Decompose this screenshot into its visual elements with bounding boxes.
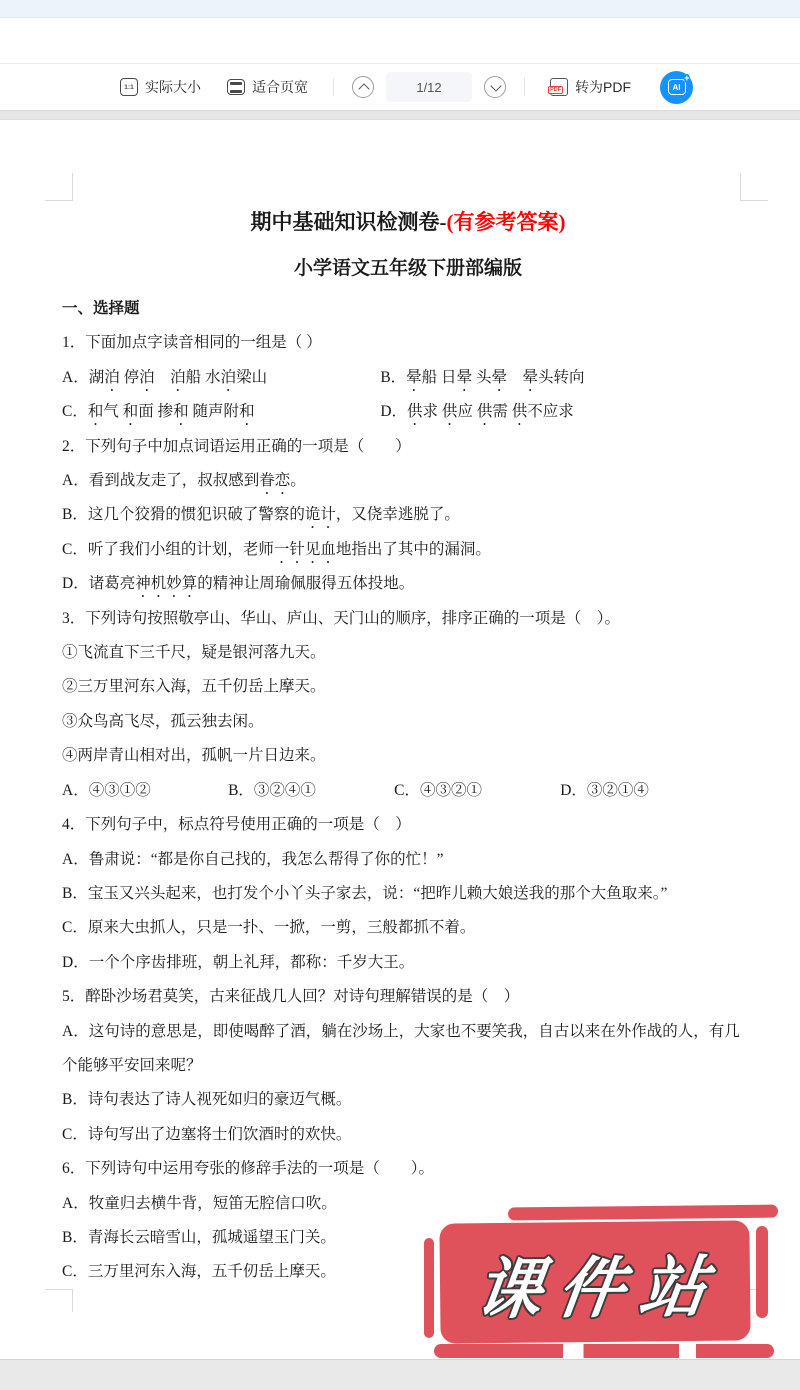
- doc-line: ④两岸青山相对出，孤帆一片日边来。: [62, 739, 754, 773]
- ai-assistant-button[interactable]: AI +: [660, 71, 693, 104]
- doc-line: 3．下列诗句按照敬亭山、华山、庐山、天门山的顺序，排序正确的一项是（ ）。: [62, 602, 754, 636]
- doc-text-segment: 泊: [139, 369, 155, 386]
- ai-icon-label: AI: [673, 83, 681, 92]
- doc-line: A．鲁肃说：“都是你自己找的，我怎么帮得了你的忙！”: [62, 843, 754, 877]
- crop-mark-bottom-left: [45, 1289, 73, 1312]
- doc-text-segment: 泊: [104, 369, 120, 386]
- doc-text-segment: C．: [62, 403, 88, 420]
- stamp-frame-left: [424, 1238, 434, 1338]
- answer-option: B．③②④①: [228, 774, 394, 808]
- doc-text-segment: 期中基础知识检测卷-: [251, 210, 447, 234]
- doc-line: 6．下列诗句中运用夸张的修辞手法的一项是（ ）。: [62, 1152, 754, 1186]
- doc-text-segment: 供: [407, 403, 423, 420]
- page-subtitle: 小学语文五年级下册部编版: [62, 254, 754, 284]
- doc-text-segment: 晕: [406, 369, 422, 386]
- doc-text-segment: 面 掺: [138, 403, 173, 420]
- doc-text-segment: C．听了我们小组的计划，老师: [62, 541, 274, 558]
- answer-option: C．④③②①: [394, 774, 560, 808]
- doc-text-segment: 泊: [221, 369, 237, 386]
- viewer-toolbar: 1:1 实际大小 适合页宽 1/12 PDF 转为PDF AI +: [0, 64, 800, 111]
- doc-text-segment: D．诸葛亮: [62, 575, 135, 592]
- doc-text-segment: 需: [492, 403, 511, 420]
- doc-text-segment: 随声附: [189, 403, 239, 420]
- convert-pdf-button[interactable]: PDF 转为PDF: [550, 77, 631, 97]
- doc-line: A．这句诗的意思是，即使喝醉了酒，躺在沙场上，大家也不要笑我，自古以来在外作战的…: [62, 1015, 754, 1084]
- doc-line: D．一个个序齿排班，朝上礼拜，都称：千岁大王。: [62, 946, 754, 980]
- doc-text-segment: B．: [380, 369, 406, 386]
- doc-column: D．供求 供应 供需 供不应求: [380, 395, 573, 429]
- watermark-stamp: 课件站: [424, 1206, 780, 1358]
- plus-icon: +: [684, 74, 689, 83]
- doc-line: B．诗句表达了诗人视死如归的豪迈气概。: [62, 1083, 754, 1117]
- doc-text-segment: 应: [457, 403, 476, 420]
- doc-line: C．原来大虫抓人，只是一扑、一掀，一剪，三般都抓不着。: [62, 911, 754, 945]
- doc-text-segment: 神机妙算: [135, 575, 197, 592]
- doc-line: ③众鸟高飞尽，孤云独去闲。: [62, 705, 754, 739]
- actual-size-label: 实际大小: [145, 77, 201, 97]
- doc-text-segment: 不应求: [527, 403, 574, 420]
- doc-text-segment: A．看到战友走了，叔叔感到: [62, 472, 259, 489]
- doc-column: A．湖泊 停泊 泊船 水泊梁山: [62, 361, 380, 395]
- doc-column: C．和气 和面 掺和 随声附和: [62, 395, 380, 429]
- doc-line: 2．下列句子中加点词语运用正确的一项是（ ）: [62, 430, 754, 464]
- fit-width-icon: [227, 79, 245, 95]
- doc-line: C．和气 和面 掺和 随声附和D．供求 供应 供需 供不应求: [62, 395, 754, 429]
- doc-text-segment: 晕: [457, 369, 473, 386]
- doc-text-segment: 和: [239, 403, 255, 420]
- header-blank-area: [0, 18, 800, 64]
- doc-text-segment: 头转向: [538, 369, 585, 386]
- doc-text-segment: 梁山: [236, 369, 267, 386]
- stamp-text: 课件站: [461, 1233, 729, 1331]
- doc-text-segment: 供: [477, 403, 493, 420]
- answer-option: A．④③①②: [62, 774, 228, 808]
- toolbar-divider: [333, 78, 334, 96]
- stamp-frame-top: [508, 1205, 778, 1221]
- viewer-bottom-strip: [0, 1359, 800, 1390]
- doc-line: C．诗句写出了边塞将士们饮酒时的欢快。: [62, 1118, 754, 1152]
- doc-text-segment: [155, 369, 171, 386]
- doc-text-segment: ，又侥幸逃脱了。: [336, 506, 460, 523]
- doc-text-segment: 泊: [170, 369, 186, 386]
- doc-text-segment: 船 水: [186, 369, 221, 386]
- doc-text-segment: 一针见血: [274, 541, 336, 558]
- doc-text-segment: 气: [103, 403, 122, 420]
- chevron-up-icon: [358, 83, 369, 94]
- document-page: 期中基础知识检测卷-(有参考答案)小学语文五年级下册部编版一、选择题1．下面加点…: [0, 120, 800, 1359]
- actual-size-button[interactable]: 1:1 实际大小: [120, 77, 201, 97]
- doc-line: A．④③①②B．③②④①C．④③②①D．③②①④: [62, 774, 754, 808]
- doc-text-segment: 晕: [491, 369, 507, 386]
- doc-text-segment: A．湖: [62, 369, 104, 386]
- pdf-file-icon: PDF: [550, 78, 568, 96]
- doc-text-segment: 船 日: [422, 369, 457, 386]
- doc-column: B．晕船 日晕 头晕 晕头转向: [380, 361, 584, 395]
- actual-size-icon: 1:1: [120, 78, 138, 96]
- doc-line: ②三万里河东入海，五千仞岳上摩天。: [62, 670, 754, 704]
- doc-line: B．这几个狡猾的惯犯识破了警察的诡计，又侥幸逃脱了。: [62, 498, 754, 532]
- page-indicator-input[interactable]: 1/12: [386, 72, 472, 102]
- doc-text-segment: 和: [173, 403, 189, 420]
- ai-sparkle-icon: AI +: [668, 79, 686, 95]
- toolbar-divider: [524, 78, 525, 96]
- doc-line: C．听了我们小组的计划，老师一针见血地指出了其中的漏洞。: [62, 533, 754, 567]
- doc-text-segment: 诡计: [305, 506, 336, 523]
- doc-line: ①飞流直下三千尺，疑是银河落九天。: [62, 636, 754, 670]
- doc-text-segment: D．: [380, 403, 407, 420]
- doc-line: 1．下面加点字读音相同的一组是（ ）: [62, 326, 754, 360]
- section-heading: 一、选择题: [62, 292, 754, 326]
- doc-text-segment: 。: [290, 472, 306, 489]
- doc-text-segment: 和: [123, 403, 139, 420]
- doc-text-segment: 头: [472, 369, 491, 386]
- doc-text-segment: 的精神让周瑜佩服得五体投地。: [197, 575, 414, 592]
- doc-text-segment: 供: [512, 403, 528, 420]
- doc-text-segment: 眷恋: [259, 472, 290, 489]
- doc-line: B．宝玉又兴头起来，也打发个小丫头子家去，说：“把昨儿赖大娘送我的那个大鱼取来。…: [62, 877, 754, 911]
- doc-text-segment: 地指出了其中的漏洞。: [336, 541, 491, 558]
- next-page-button[interactable]: [484, 76, 506, 98]
- doc-text-segment: (有参考答案): [447, 210, 566, 234]
- convert-pdf-label: 转为PDF: [575, 77, 631, 97]
- doc-text-segment: 停: [120, 369, 139, 386]
- browser-top-strip: [0, 0, 800, 18]
- doc-text-segment: B．这几个狡猾的惯犯识破了警察的: [62, 506, 305, 523]
- page-title: 期中基础知识检测卷-(有参考答案): [62, 206, 754, 238]
- doc-text-segment: 供: [442, 403, 458, 420]
- crop-mark-top-left: [45, 173, 73, 201]
- crop-mark-top-right: [740, 173, 768, 201]
- doc-text-segment: 晕: [523, 369, 539, 386]
- doc-line: A．看到战友走了，叔叔感到眷恋。: [62, 464, 754, 498]
- stamp-body: 课件站: [439, 1220, 750, 1343]
- doc-text-segment: [507, 369, 523, 386]
- stamp-frame-right: [756, 1226, 768, 1318]
- pdf-viewer-window: 1:1 实际大小 适合页宽 1/12 PDF 转为PDF AI +: [0, 0, 800, 1390]
- page-indicator-value: 1/12: [416, 80, 441, 95]
- fit-width-label: 适合页宽: [252, 77, 308, 97]
- doc-line: D．诸葛亮神机妙算的精神让周瑜佩服得五体投地。: [62, 567, 754, 601]
- doc-text-segment: 和: [88, 403, 104, 420]
- doc-line: A．湖泊 停泊 泊船 水泊梁山B．晕船 日晕 头晕 晕头转向: [62, 361, 754, 395]
- toolbar-shadow-band: [0, 111, 800, 120]
- doc-line: 5．醉卧沙场君莫笑，古来征战几人回？对诗句理解错误的是（ ）: [62, 980, 754, 1014]
- answer-option: D．③②①④: [560, 774, 726, 808]
- document-body: 期中基础知识检测卷-(有参考答案)小学语文五年级下册部编版一、选择题1．下面加点…: [0, 120, 800, 1290]
- fit-width-button[interactable]: 适合页宽: [227, 77, 308, 97]
- stamp-frame-bottom: [434, 1344, 774, 1358]
- doc-line: 4．下列句子中，标点符号使用正确的一项是（ ）: [62, 808, 754, 842]
- chevron-down-icon: [490, 80, 501, 91]
- doc-text-segment: 求: [423, 403, 442, 420]
- previous-page-button[interactable]: [352, 76, 374, 98]
